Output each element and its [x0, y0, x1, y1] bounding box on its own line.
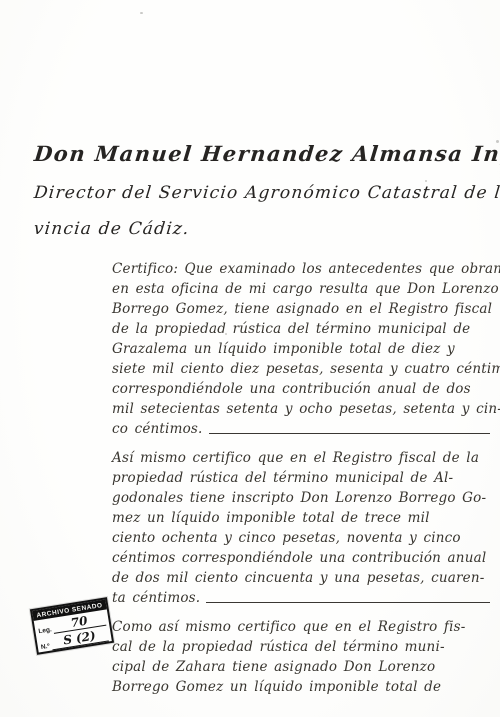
handwritten-line: en esta oficina de mi cargo resulta que …: [112, 279, 492, 299]
document-heading: Don Manuel Hernandez Almansa Ingeniero D…: [32, 133, 472, 246]
handwritten-line: ta céntimos.: [112, 588, 200, 608]
handwritten-line: de dos mil ciento cincuenta y una peseta…: [112, 568, 492, 588]
fill-rule: [206, 602, 490, 603]
paragraph-asimismo-algodonales: Así mismo certifico que en el Registro f…: [112, 448, 492, 608]
handwritten-line: cal de la propiedad rústica del término …: [112, 637, 492, 657]
handwritten-line: Grazalema un líquido imponible total de …: [112, 339, 492, 359]
paragraph-como-zahara: Como así mismo certifico que en el Regis…: [112, 617, 492, 697]
handwritten-line-with-rule: ta céntimos.: [112, 588, 492, 608]
handwritten-line: cipal de Zahara tiene asignado Don Loren…: [112, 657, 492, 677]
stamp-num-label: N.º: [40, 643, 50, 652]
fill-rule: [209, 433, 490, 434]
heading-line-1: Don Manuel Hernandez Almansa Ingeniero: [32, 133, 476, 175]
handwritten-line: Certifico: Que examinado los antecedente…: [112, 259, 492, 279]
heading-line-2: Director del Servicio Agronómico Catastr…: [32, 175, 476, 212]
document-body: Certifico: Que examinado los antecedente…: [112, 259, 492, 706]
handwritten-line: Borrego Gomez, tiene asignado en el Regi…: [112, 299, 492, 319]
handwritten-line-with-rule: co céntimos.: [112, 419, 492, 439]
handwritten-line: ciento ochenta y cinco pesetas, noventa …: [112, 528, 492, 548]
handwritten-line: siete mil ciento diez pesetas, sesenta y…: [112, 359, 492, 379]
handwritten-line: Así mismo certifico que en el Registro f…: [112, 448, 492, 468]
handwritten-line: godonales tiene inscripto Don Lorenzo Bo…: [112, 488, 492, 508]
archive-stamp: ARCHIVO SENADO Leg. 70 N.º S (2): [30, 597, 114, 655]
handwritten-line: correspondiéndole una contribución anual…: [112, 379, 492, 399]
heading-line-3: vincia de Cádiz.: [32, 212, 476, 246]
paragraph-certifico-grazalema: Certifico: Que examinado los antecedente…: [112, 259, 492, 439]
handwritten-line: de la propiedad rústica del término muni…: [112, 319, 492, 339]
handwritten-line: mez un líquido imponible total de trece …: [112, 508, 492, 528]
scanned-document-page: Don Manuel Hernandez Almansa Ingeniero D…: [0, 0, 500, 717]
handwritten-line: propiedad rústica del término municipal …: [112, 468, 492, 488]
handwritten-line: co céntimos.: [112, 419, 203, 439]
handwritten-line: mil setecientas setenta y ocho pesetas, …: [112, 399, 492, 419]
handwritten-line: céntimos correspondiéndole una contribuc…: [112, 548, 492, 568]
handwritten-line: Borrego Gomez un líquido imponible total…: [112, 677, 492, 697]
handwritten-line: Como así mismo certifico que en el Regis…: [112, 617, 492, 637]
paper-speck: [140, 12, 143, 14]
